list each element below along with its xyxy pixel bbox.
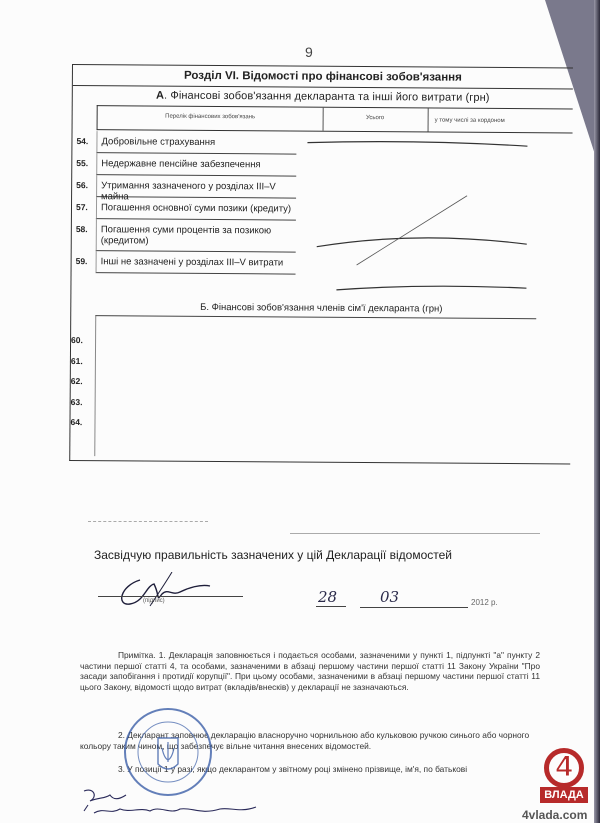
subsection-b-table xyxy=(94,315,536,459)
row-number: 64. xyxy=(70,417,82,427)
row-number: 57. xyxy=(76,202,88,212)
row-label: Погашення суми процентів за позикою (кре… xyxy=(96,219,296,252)
row-number: 59. xyxy=(76,256,88,266)
column-header-list: Перелік фінансових зобов'язань xyxy=(98,106,324,131)
page-number: 9 xyxy=(305,44,313,60)
handwritten-strike-lines xyxy=(296,135,567,297)
row-number: 62. xyxy=(71,376,83,386)
date-day: 28 xyxy=(318,588,337,606)
row-number: 55. xyxy=(76,158,88,168)
subsection-a-title: А. Фінансові зобов'язання декларанта та … xyxy=(73,89,573,104)
signature-line xyxy=(98,596,243,597)
note-1: Примітка. 1. Декларація заповнюється і п… xyxy=(80,650,540,692)
table-row: 64. xyxy=(70,409,110,430)
subsection-a-text: . Фінансові зобов'язання декларанта та і… xyxy=(164,90,490,104)
column-header-abroad: у тому числі за кордоном xyxy=(429,108,575,132)
handwritten-note xyxy=(80,785,270,821)
date-year: 2012 р. xyxy=(471,598,498,607)
row-label: Погашення основної суми позики (кредиту) xyxy=(96,197,296,220)
subsection-b-rows: 60. 61. 62. 63. 64. xyxy=(70,327,111,430)
financial-obligations-section: Розділ VI. Відомості про фінансові зобов… xyxy=(69,64,573,464)
table-row: 61. xyxy=(71,348,111,369)
table-row: 62. xyxy=(71,368,111,389)
watermark-url: 4vlada.com xyxy=(522,808,587,822)
column-header-total: Усього xyxy=(323,108,429,132)
signature-caption: (підпис) xyxy=(143,598,165,604)
logo-number: 4 xyxy=(552,748,576,786)
column-header-row: Перелік фінансових зобов'язань Усього у … xyxy=(97,105,573,133)
table-row: 60. xyxy=(71,327,111,348)
divider-line xyxy=(88,521,208,522)
row-number: 61. xyxy=(71,355,83,365)
divider-line xyxy=(290,533,540,534)
subsection-b-title: Б. Фінансові зобов'язання членів сім'ї д… xyxy=(71,301,571,315)
certification-statement: Засвідчую правильність зазначених у цій … xyxy=(94,548,452,562)
scan-edge-strip xyxy=(594,0,600,823)
row-number: 60. xyxy=(71,335,83,345)
4vlada-watermark: 4 ВЛАДА 4vlada.com xyxy=(532,746,600,823)
row-number: 56. xyxy=(76,180,88,190)
row-number: 58. xyxy=(76,224,88,234)
row-label: Утримання зазначеного у розділах III–V м… xyxy=(96,175,296,198)
row-number: 63. xyxy=(71,396,83,406)
logo-word: ВЛАДА xyxy=(540,787,588,803)
row-label: Інші не зазначені у розділах III–V витра… xyxy=(96,251,296,274)
table-row: 63. xyxy=(71,388,111,409)
scanned-document-page: 9 Розділ VI. Відомості про фінансові зоб… xyxy=(0,0,600,823)
date-month-line xyxy=(360,607,468,608)
note-1-text: Примітка. 1. Декларація заповнюється і п… xyxy=(80,650,540,692)
date-month: 03 xyxy=(380,588,399,606)
date-day-line xyxy=(316,606,346,607)
section-title: Розділ VI. Відомості про фінансові зобов… xyxy=(73,65,573,89)
row-number: 54. xyxy=(76,136,88,146)
signature-mark xyxy=(110,572,220,612)
row-label: Недержавне пенсійне забезпечення xyxy=(96,153,296,176)
row-label: Добровільне страхування xyxy=(96,131,296,154)
